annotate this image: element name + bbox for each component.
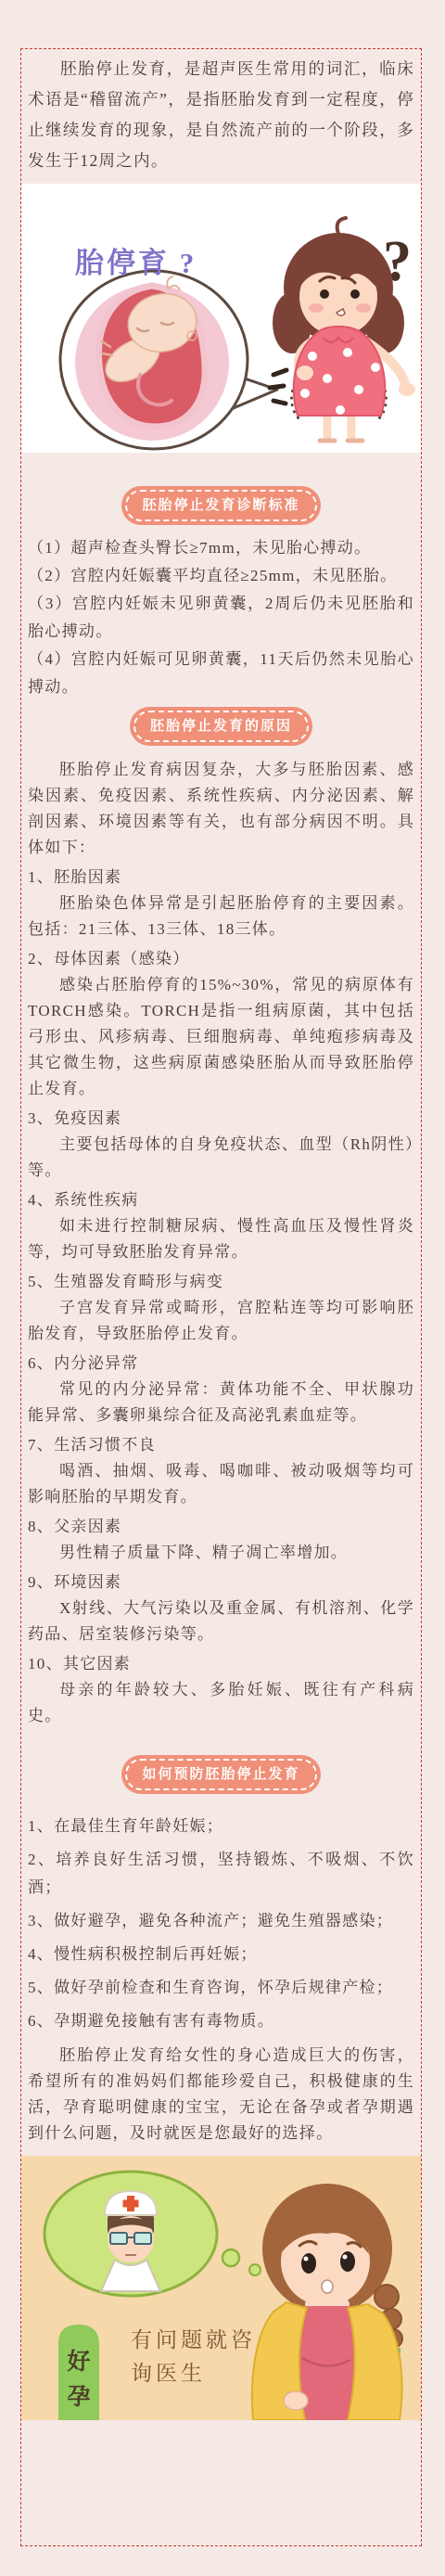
cause-body: 喝酒、抽烟、吸毒、喝咖啡、被动吸烟等均可影响胚胎的早期发育。 [28,1458,414,1510]
cause-body: 感染占胚胎停育的15%~30%，常见的病原体有TORCH感染。TORCH是指一组… [28,972,414,1102]
prevention-item: 6、孕期避免接触有害有毒物质。 [28,2007,414,2035]
causes-intro: 胚胎停止发育病因复杂，大多与胚胎因素、感染因素、免疫因素、系统性疾病、内分泌因素… [28,757,414,861]
thought-dot-large [222,2249,239,2266]
cause-heading: 6、内分泌异常 [28,1351,414,1377]
fetus-stop-illustration: 胎停育 ? ? [21,184,421,453]
consult-doctor-illustration: 有问题就咨 询医生 好 孕 [21,2156,421,2420]
infographic-frame: 胚胎停止发育，是超声医生常用的词汇，临床术语是“稽留流产”，是指胚胎发育到一定程… [20,48,422,2546]
consult-doctor-svg: 有问题就咨 询医生 好 孕 [21,2156,421,2420]
mouth [322,2280,333,2293]
caption-line2: 询医生 [131,2362,206,2385]
prevention-badge-label: 如何预防胚胎停止发育 [125,1759,316,1790]
right-hand [399,383,415,396]
left-blush [309,303,324,313]
diagnosis-item: （3）宫腔内妊娠未见卵黄囊，2周后仍未见胚胎和胎心搏动。 [28,590,414,646]
red-cross-icon [123,2200,139,2208]
prevention-item: 5、做好孕前检查和生育咨询，怀孕后规律产检； [28,1974,414,2002]
cause-body: 主要包括母体的自身免疫状态、血型（Rh阴性）等。 [28,1132,414,1184]
glasses-right [134,2233,151,2244]
cause-body: 子宫发育异常或畸形，宫腔粘连等均可影响胚胎发育，导致胚胎停止发育。 [28,1295,414,1347]
diagnosis-item: （1）超声检查头臀长≥7mm，未见胎心搏动。 [28,534,414,562]
infographic-page: { "page": { "background": "#f5e9e6", "fr… [0,0,445,2576]
cause-body: 常见的内分泌异常：黄体功能不全、甲状腺功能异常、多囊卵巢综合征及高泌乳素血症等。 [28,1377,414,1429]
cause-heading: 1、胚胎因素 [28,865,414,891]
cause-body: 母亲的年龄较大、多胎妊娠、既往有产科病史。 [28,1677,414,1729]
cause-heading: 9、环境因素 [28,1570,414,1596]
prevention-item: 4、慢性病积极控制后再妊娠； [28,1941,414,1968]
cause-body: 男性精子质量下降、精子凋亡率增加。 [28,1540,414,1566]
intro-paragraph: 胚胎停止发育，是超声医生常用的词汇，临床术语是“稽留流产”，是指胚胎发育到一定程… [28,54,414,176]
right-eye [340,2251,355,2272]
cause-body: 如未进行控制糖尿病、慢性高血压及慢性肾炎等，均可导致胚胎发育异常。 [28,1213,414,1265]
bubble-title-text: 胎停育 ? [75,247,197,279]
left-eye [301,2253,316,2274]
prevention-item: 2、培养良好生活习惯，坚持锻炼、不吸烟、不饮酒； [28,1846,414,1902]
glasses-left [110,2233,127,2244]
diagnosis-badge-label: 胚胎停止发育诊断标准 [125,490,316,521]
prevention-item: 3、做好避孕，避免各种流产；避免生殖器感染； [28,1907,414,1935]
prevention-section: 1、在最佳生育年龄妊娠； 2、培养良好生活习惯，坚持锻炼、不吸烟、不饮酒； 3、… [21,1813,421,2035]
cause-body: 胚胎染色体异常是引起胚胎停育的主要因素。包括：21三体、13三体、18三体。 [28,891,414,942]
causes-badge-label: 胚胎停止发育的原因 [133,711,309,742]
cause-heading: 2、母体因素（感染） [28,946,414,972]
diagnosis-badge: 胚胎停止发育诊断标准 [121,486,320,525]
cause-heading: 10、其它因素 [28,1651,414,1677]
intro-section: 胚胎停止发育，是超声医生常用的词汇，临床术语是“稽留流产”，是指胚胎发育到一定程… [21,49,421,176]
thought-dot-small [249,2264,261,2275]
cause-heading: 7、生活习惯不良 [28,1432,414,1458]
caption-line1: 有问题就咨 [131,2328,256,2352]
right-eye [350,289,360,299]
closing-section: 胚胎停止发育给女性的身心造成巨大的伤害，希望所有的准妈妈们都能珍爱自己，积极健康… [21,2043,421,2147]
cause-heading: 8、父亲因素 [28,1514,414,1540]
diagnosis-section: （1）超声检查头臀长≥7mm，未见胎心搏动。 （2）宫腔内妊娠囊平均直径≥25m… [21,534,421,701]
diagnosis-item: （4）宫腔内妊娠可见卵黄囊，11天后仍然未见胎心搏动。 [28,646,414,701]
right-blush [356,303,371,313]
cause-heading: 5、生殖器发育畸形与病变 [28,1269,414,1295]
closing-paragraph: 胚胎停止发育给女性的身心造成巨大的伤害，希望所有的准妈妈们都能珍爱自己，积极健康… [28,2043,414,2147]
doctor [101,2191,160,2291]
good-pregnancy-banner: 好 孕 [58,2325,99,2420]
cause-heading: 3、免疫因素 [28,1106,414,1132]
prevention-badge: 如何预防胚胎停止发育 [121,1755,320,1794]
left-hand-on-hip [297,365,313,380]
left-eye [320,289,329,299]
cause-body: X射线、大气污染以及重金属、有机溶剂、化学药品、居室装修污染等。 [28,1596,414,1647]
banner-char-2: 孕 [67,2384,90,2410]
causes-badge: 胚胎停止发育的原因 [130,707,312,746]
causes-section: 胚胎停止发育病因复杂，大多与胚胎因素、感染因素、免疫因素、系统性疾病、内分泌因素… [21,757,421,1729]
prevention-item: 1、在最佳生育年龄妊娠； [28,1813,414,1840]
fetus-stop-svg: 胎停育 ? ? [21,184,421,453]
hand [284,2391,308,2410]
cause-heading: 4、系统性疾病 [28,1187,414,1213]
diagnosis-item: （2）宫腔内妊娠囊平均直径≥25mm，未见胚胎。 [28,562,414,590]
banner-char-1: 好 [67,2348,90,2375]
